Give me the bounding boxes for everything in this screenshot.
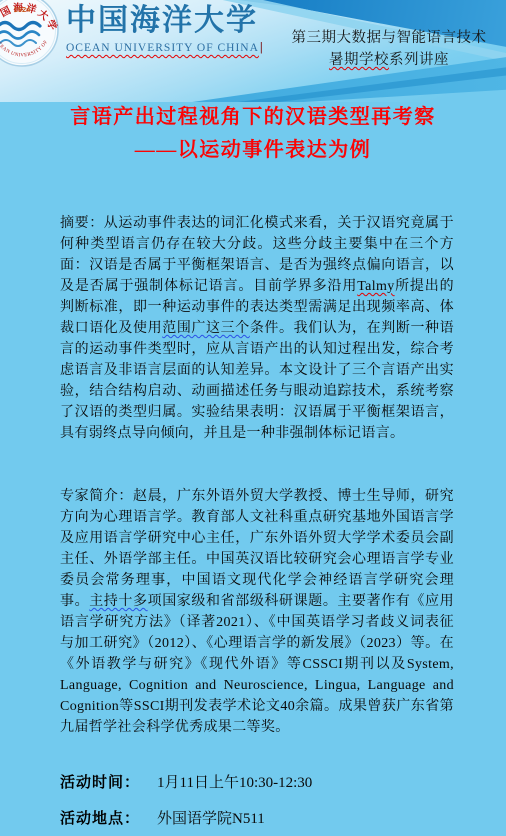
- seal-year: 1924: [14, 5, 32, 14]
- event-details: 活动时间：1月11日上午10:30-12:30 活动地点：外国语学院N511: [60, 771, 312, 836]
- lecture-series-caption[interactable]: 第三期大数据与智能语言技术 暑期学校系列讲座: [278, 27, 500, 71]
- abstract-paragraph[interactable]: 摘要：从运动事件表达的词汇化模式来看，关于汉语究竟属于何种类型语言仍存在较大分歧…: [60, 213, 454, 444]
- lecture-series-line2[interactable]: 暑期学校系列讲座: [278, 49, 500, 71]
- lecture-series-line1[interactable]: 第三期大数据与智能语言技术: [278, 27, 500, 49]
- header-banner: 中国海洋大学 1924 OCEAN UNIVERSITY OF CHINA 中国…: [0, 0, 506, 102]
- document-page: 中国海洋大学 1924 OCEAN UNIVERSITY OF CHINA 中国…: [0, 0, 506, 836]
- bio-text-1[interactable]: 专家简介：赵晨，广东外语外贸大学教授、博士生导师，研究方向为心理语言学。教育部人…: [60, 489, 454, 609]
- event-time-row: 活动时间：1月11日上午10:30-12:30: [60, 771, 312, 792]
- university-seal-icon: 中国海洋大学 1924 OCEAN UNIVERSITY OF CHINA: [0, 0, 62, 72]
- abstract-text-3[interactable]: 条件。我们认为，在判断一种语言的运动事件类型时，应从言语产出的认知过程出发，综合…: [60, 321, 454, 441]
- university-name-cn[interactable]: 中国海洋大学: [66, 4, 263, 38]
- bio-text-2[interactable]: 项国家级和省部级科研课题。主要著作有《应用语言学研究方法》（译著2021）、《中…: [60, 594, 454, 735]
- lecture-series-line2-misspelled[interactable]: 暑期学校: [329, 52, 389, 68]
- event-time-value[interactable]: 1月11日上午10:30-12:30: [157, 775, 312, 791]
- text-cursor[interactable]: |: [260, 39, 263, 54]
- speaker-bio-paragraph[interactable]: 专家简介：赵晨，广东外语外贸大学教授、博士生导师，研究方向为心理语言学。教育部人…: [60, 486, 454, 738]
- university-name-en[interactable]: OCEAN UNIVERSITY OF CHINA: [66, 42, 259, 54]
- university-wordmark: 中国海洋大学 OCEAN UNIVERSITY OF CHINA|: [66, 4, 263, 56]
- event-time-label[interactable]: 活动时间：: [60, 774, 140, 791]
- event-location-row: 活动地点：外国语学院N511: [60, 807, 312, 828]
- lecture-series-line2-rest[interactable]: 系列讲座: [389, 52, 449, 68]
- abstract-spellcheck-talmy[interactable]: Talmy: [357, 279, 394, 294]
- lecture-title[interactable]: 言语产出过程视角下的汉语类型再考察 ——以运动事件表达为例: [0, 101, 506, 167]
- abstract-grammarcheck-phrase[interactable]: 范围广这三个: [162, 321, 250, 336]
- event-location-value[interactable]: 外国语学院N511: [157, 811, 265, 827]
- lecture-title-line1[interactable]: 言语产出过程视角下的汉语类型再考察: [0, 101, 506, 134]
- lecture-title-line2[interactable]: ——以运动事件表达为例: [0, 134, 506, 167]
- university-name-en-row: OCEAN UNIVERSITY OF CHINA|: [66, 38, 263, 56]
- event-location-label[interactable]: 活动地点：: [60, 810, 140, 827]
- bio-grammarcheck-phrase[interactable]: 主持十多: [89, 594, 147, 609]
